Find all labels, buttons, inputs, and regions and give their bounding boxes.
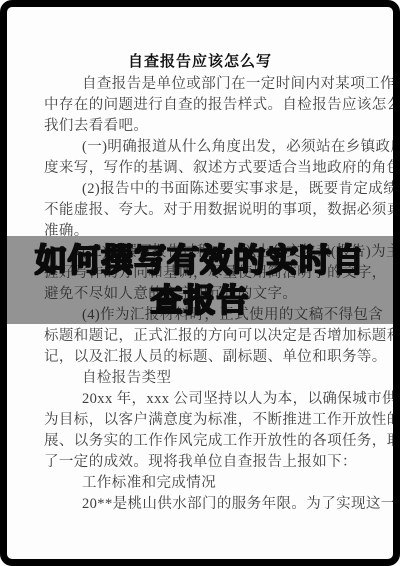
body-line: 我们去看看吧。 (44, 117, 364, 136)
body-line: 为目标，以客户满意度为标准，不断推进工作开放性的发 (44, 411, 364, 430)
page-title: 自查报告应该怎么写 (7, 50, 393, 71)
body-line: 了一定的成效。现将我单位自查报告上报如下： (44, 453, 364, 472)
body-line: 工作标准和完成情况 (82, 474, 400, 493)
body-line: 自检报告类型 (82, 369, 400, 388)
body-line: 20**是桃山供水部门的服务年限。为了实现这一工作目 (82, 495, 400, 514)
document-frame: 自查报告应该怎么写 自查报告是单位或部门在一定时间内对某项工作执行 中存在的问题… (0, 0, 400, 566)
overlay-title-band: 如何撰写有效的实时自 查报告 (7, 236, 393, 324)
overlay-title-line-2: 查报告 (150, 280, 249, 320)
body-line: 自查报告是单位或部门在一定时间内对某项工作执行 (82, 75, 400, 94)
body-line: (2)报告中的书面陈述要实事求是，既要肯定成绩，又 (82, 180, 400, 199)
body-line: 20xx 年，xxx 公司坚持以人为本，以确保城市供水服务 (82, 390, 400, 409)
body-line: 记，以及汇报人员的标题、副标题、单位和职务等。 (44, 348, 364, 367)
overlay-title-line-1: 如何撰写有效的实时自 (35, 240, 365, 280)
body-line: 标题和题记，正式汇报的方向可以决定是否增加标题和题 (44, 327, 364, 346)
body-line: (一)明确报道从什么角度出发，必须站在乡镇政府的高 (82, 138, 400, 157)
body-line: 不能虚报、夸大。对于用数据说明的事项，数据必须真实 (44, 201, 364, 220)
body-line: 中存在的问题进行自查的报告样式。自检报告应该怎么写？ (44, 96, 364, 115)
body-line: 展、以务实的工作作风完成工作开放性的各项任务，取得 (44, 432, 364, 451)
body-line: 度来写，写作的基调、叙述方式要适合当地政府的角色。 (44, 159, 364, 178)
